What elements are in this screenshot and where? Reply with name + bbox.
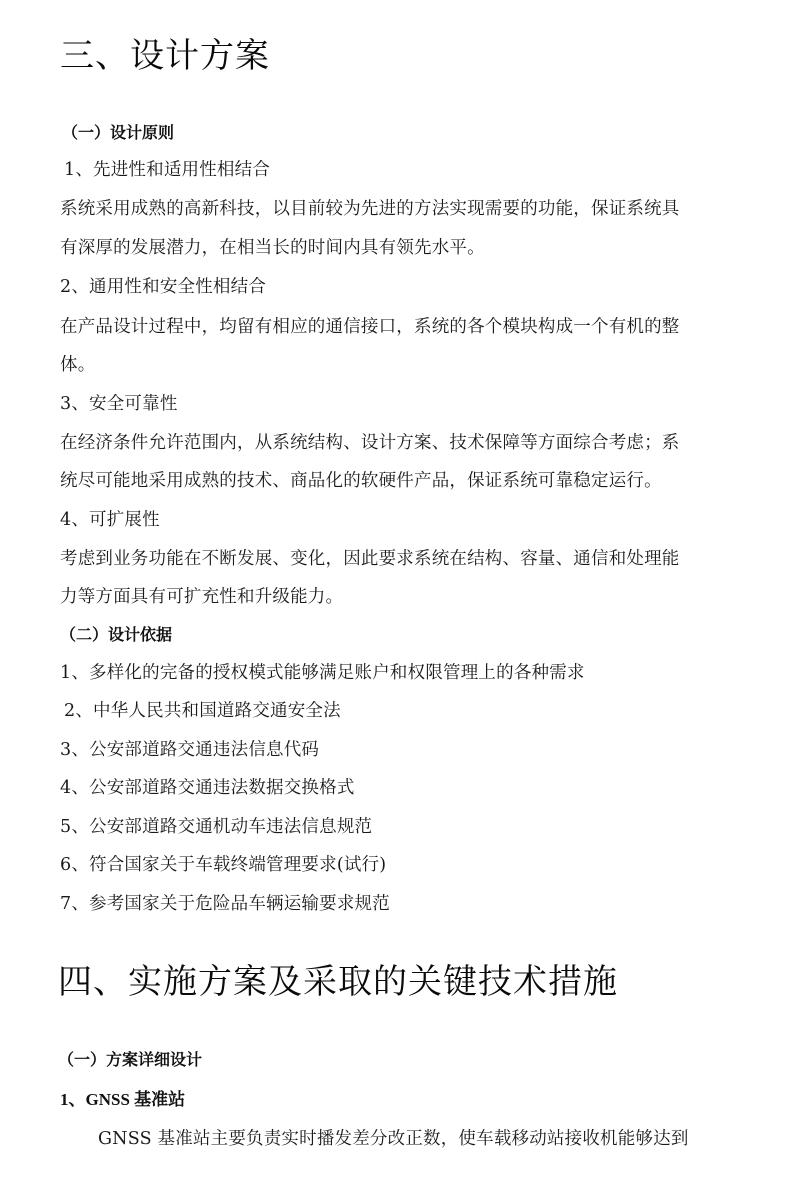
principle-4-line-1: 考虑到业务功能在不断发展、变化，因此要求系统在结构、容量、通信和处理能 — [60, 545, 680, 570]
basis-item-4: 4、公安部道路交通违法数据交换格式 — [60, 774, 355, 799]
gnss-base-station-text: GNSS 基准站主要负责实时播发差分改正数，使车载移动站接收机能够达到 — [98, 1125, 689, 1150]
principle-4-heading: 4、可扩展性 — [60, 506, 160, 531]
basis-item-1: 1、多样化的完备的授权模式能够满足账户和权限管理上的各种需求 — [60, 659, 585, 684]
basis-item-2: 2、中华人民共和国道路交通安全法 — [64, 697, 341, 722]
basis-item-5: 5、公安部道路交通机动车违法信息规范 — [60, 813, 372, 838]
principle-2-line-1: 在产品设计过程中，均留有相应的通信接口，系统的各个模块构成一个有机的整 — [60, 313, 680, 338]
principle-1-line-2: 有深厚的发展潜力，在相当长的时间内具有领先水平。 — [60, 234, 485, 259]
principle-1-heading: 1、先进性和适用性相结合 — [64, 156, 270, 181]
section-3-1-title: （一）设计原则 — [62, 120, 174, 143]
section-3-2-title: （二）设计依据 — [60, 622, 172, 645]
principle-1-line-1: 系统采用成熟的高新科技，以目前较为先进的方法实现需要的功能，保证系统具 — [60, 195, 680, 220]
gnss-base-station-heading: 1、GNSS 基准站 — [60, 1085, 185, 1110]
basis-item-6: 6、符合国家关于车载终端管理要求(试行) — [60, 851, 386, 876]
basis-item-7: 7、参考国家关于危险品车辆运输要求规范 — [60, 890, 390, 915]
principle-3-line-1: 在经济条件允许范围内，从系统结构、设计方案、技术保障等方面综合考虑；系 — [60, 429, 680, 454]
principle-3-line-2: 统尽可能地采用成熟的技术、商品化的软硬件产品，保证系统可靠稳定运行。 — [60, 467, 662, 492]
basis-item-3: 3、公安部道路交通违法信息代码 — [60, 736, 319, 761]
section-3-title: 三、设计方案 — [60, 28, 270, 77]
principle-3-heading: 3、安全可靠性 — [60, 390, 178, 415]
principle-4-line-2: 力等方面具有可扩充性和升级能力。 — [60, 583, 343, 608]
principle-2-line-2: 体。 — [60, 351, 95, 376]
section-4-1-title: （一）方案详细设计 — [58, 1047, 202, 1070]
section-4-title: 四、实施方案及采取的关键技术措施 — [58, 954, 618, 1003]
principle-2-heading: 2、通用性和安全性相结合 — [60, 273, 266, 298]
